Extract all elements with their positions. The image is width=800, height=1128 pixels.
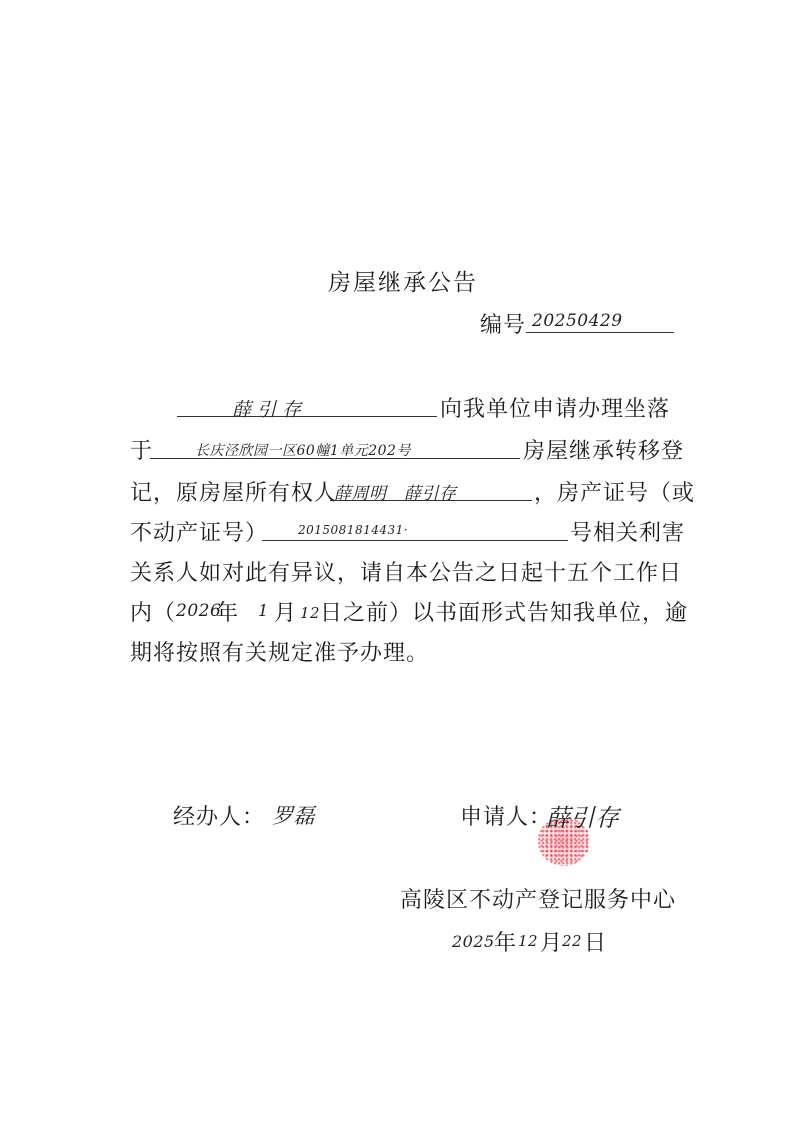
year-unit: 年: [216, 596, 239, 627]
issuing-organization: 高陵区不动产登记服务中心: [400, 883, 676, 914]
line4-text: 号相关利害: [570, 516, 685, 547]
line1-text: 向我单位申请办理坐落: [440, 392, 670, 423]
line6-text: 日之前）以书面形式告知我单位，逾: [320, 596, 688, 627]
cert-underline: [262, 540, 568, 541]
line5-text: 关系人如对此有异议，请自本公告之日起十五个工作日: [130, 556, 682, 587]
document-title: 房屋继承公告: [328, 264, 478, 297]
line3-prefix: 记，原房屋所有权人: [130, 476, 337, 507]
handler-label: 经办人：: [173, 800, 265, 831]
month-unit: 月: [274, 596, 297, 627]
footer-day-unit: 日: [584, 926, 607, 957]
number-label: 编号: [480, 308, 526, 339]
line6-prefix: 内（: [130, 596, 176, 627]
footer-year: 2025: [452, 932, 495, 951]
applicant-signature: 薛引存: [546, 798, 620, 833]
line3-text: ，房产证号（或: [534, 476, 695, 507]
address-underline: [150, 458, 520, 459]
footer-month-unit: 月: [540, 926, 563, 957]
footer-month: 12: [518, 932, 538, 950]
deadline-year: 2026: [176, 601, 221, 621]
deadline-month: 1: [258, 601, 269, 620]
number-value: 20250429: [532, 311, 623, 331]
footer-day: 22: [562, 932, 582, 950]
line2-prefix: 于: [130, 434, 153, 465]
line2-text: 房屋继承转移登: [523, 434, 684, 465]
owners-underline: [330, 500, 532, 501]
certificate-number: 2015081814431·: [298, 523, 408, 537]
applicant-label: 申请人：: [460, 800, 552, 831]
number-underline: [526, 332, 674, 333]
handler-signature: 罗磊: [272, 800, 315, 830]
deadline-day: 12: [300, 604, 320, 622]
footer-year-unit: 年: [494, 926, 517, 957]
applicant-underline: [177, 416, 437, 417]
applicant-name: 薛引存: [232, 395, 307, 422]
line4-prefix: 不动产证号）: [130, 516, 268, 547]
property-address: 长庆泾欣园一区60幢1单元202号: [195, 440, 411, 460]
line7-text: 期将按照有关规定准予办理。: [130, 636, 429, 667]
